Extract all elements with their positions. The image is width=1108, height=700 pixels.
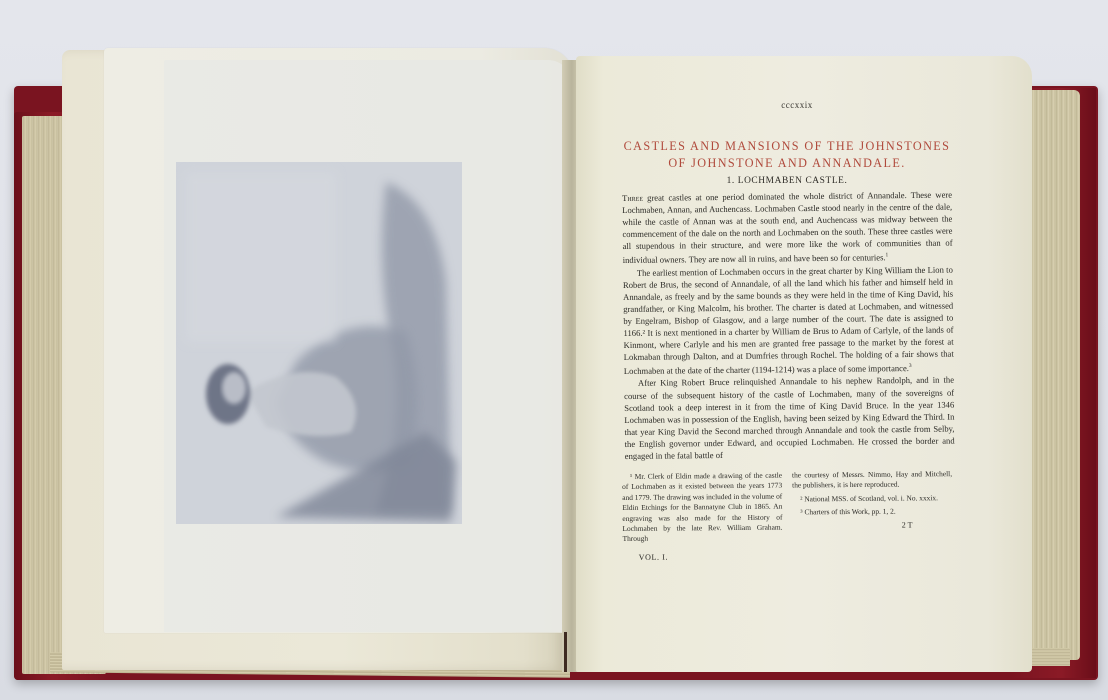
portrait-plate [176,162,462,524]
body-text: Three great castles at one period domina… [622,189,955,463]
signature-mark: 2 T [792,520,952,532]
footnotes-left-column: ¹ Mr. Clerk of Eldin made a drawing of t… [622,471,783,564]
portrait-engraving-icon [176,162,462,524]
footnote: ¹ Mr. Clerk of Eldin made a drawing of t… [622,471,783,545]
footnote: the courtesy of Messrs. Nimmo, Hay and M… [792,469,952,491]
chapter-title-line-2: of Johnstone and Annandale. [622,155,952,172]
footnote-ref: 3 [909,363,912,369]
volume-mark: VOL. I. [623,552,783,564]
footnotes-right-column: the courtesy of Messrs. Nimmo, Hay and M… [792,469,953,562]
paragraph: After King Robert Bruce relinquished Ann… [624,374,955,462]
footnote: ² National MSS. of Scotland, vol. i. No.… [792,493,952,505]
section-heading: 1. Lochmaben Castle. [622,176,952,186]
paragraph: The earliest mention of Lochmaben occurs… [623,263,954,377]
right-page-text: cccxxix Castles and Mansions of the John… [622,100,952,563]
footnotes: ¹ Mr. Clerk of Eldin made a drawing of t… [622,469,953,563]
binding-thread [564,632,567,672]
page-number: cccxxix [642,100,952,110]
chapter-title-line-1: Castles and Mansions of the Johnstones [622,138,952,155]
footnote: ³ Charters of this Work, pp. 1, 2. [792,506,952,518]
paragraph: Three great castles at one period domina… [622,189,953,267]
footnote-ref: 1 [885,253,888,259]
chapter-title: Castles and Mansions of the Johnstones o… [622,138,952,172]
drop-lead-word: Three [622,193,643,203]
